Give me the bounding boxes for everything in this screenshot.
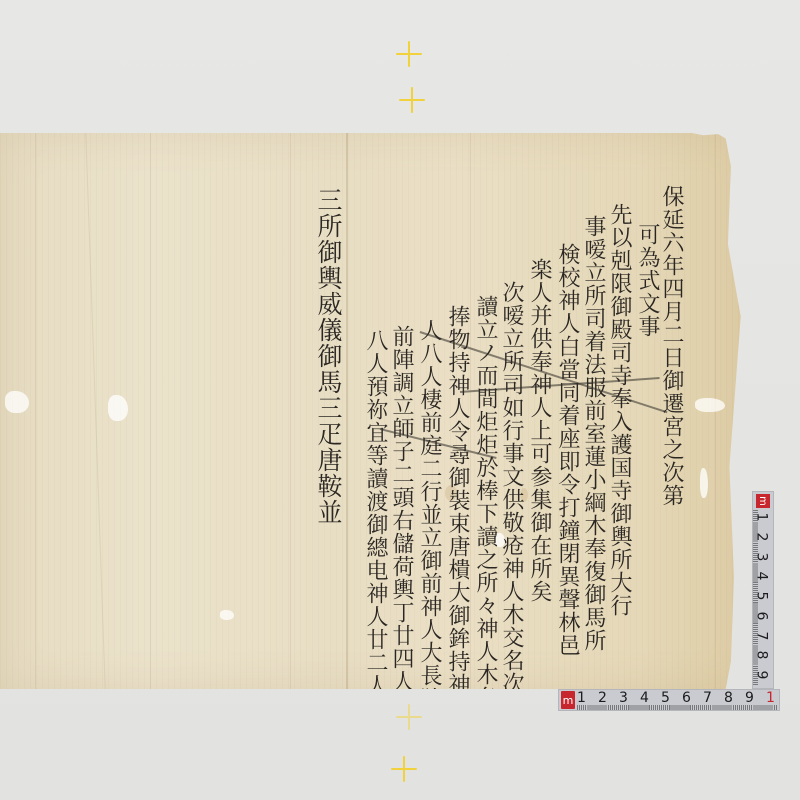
scale-ruler-horizontal: m 1 2 3 4 5 6 7 8 9 1 <box>558 689 780 711</box>
crease <box>470 133 471 689</box>
text-column: 次嗳立所司如行事文供敬疮神人木交名次第 <box>500 281 522 718</box>
crease <box>35 133 36 689</box>
paper-damage <box>700 468 708 498</box>
text-column: 事嗳立所司着法服前室蓮小綱木奉復御馬所 <box>582 215 604 652</box>
text-column: 人八人棲前庭二行並立御前神人大長陣衆木 <box>418 319 440 756</box>
text-column: 八人預祢宜等讀渡御總电神人廿二人分付 <box>364 329 386 743</box>
text-column: 先以剋限御殿司寺奉入護国寺御輿所大行 <box>608 203 630 617</box>
ruler-label: 5 <box>661 690 670 706</box>
ruler-label: 4 <box>640 690 649 706</box>
registration-mark-top-1 <box>396 41 422 67</box>
ruler-ticks <box>753 510 758 686</box>
text-column: 可為式文事 <box>636 223 658 338</box>
crease <box>150 133 151 689</box>
paper-damage <box>108 395 128 421</box>
registration-mark-bottom-1 <box>396 704 422 730</box>
crease <box>85 133 105 689</box>
ruler-label: 1 <box>766 690 775 706</box>
crease <box>290 133 291 689</box>
registration-mark-bottom-2 <box>391 756 417 782</box>
ruler-ticks <box>577 705 777 710</box>
ruler-label: 9 <box>745 690 754 706</box>
text-column: 三所御輿威儀御馬三疋唐鞍並 <box>316 187 341 525</box>
ruler-logo: m <box>756 494 770 508</box>
registration-mark-top-2 <box>399 87 425 113</box>
photo-background: 保延六年四月二日御遷宮之次第 可為式文事 先以剋限御殿司寺奉入護国寺御輿所大行 … <box>0 0 800 800</box>
ruler-logo: m <box>561 691 575 709</box>
text-column: 捧物持神人令尋御裝束唐樻大御鉾持神 <box>446 305 468 696</box>
text-column: 前陣調立師子二頭右儲荷輿丁廿四人三所各 <box>390 325 412 762</box>
text-column: 検校神人白當同着座即令打鐘閉異聲林邑 <box>556 243 578 657</box>
paper-damage <box>695 398 725 412</box>
ruler-label: 1 <box>577 690 586 706</box>
ruler-labels: 1 2 3 4 5 6 7 8 9 1 <box>577 690 779 706</box>
paper-damage <box>5 391 29 413</box>
ruler-label: 6 <box>682 690 691 706</box>
paper-damage <box>220 610 234 620</box>
document-paper: 保延六年四月二日御遷宮之次第 可為式文事 先以剋限御殿司寺奉入護国寺御輿所大行 … <box>0 133 752 689</box>
text-column: 讀立ノ而間炬炬於棒下讀之所々神人木各以集 <box>474 295 496 755</box>
ruler-label: 2 <box>598 690 607 706</box>
text-column: 楽人并供奉神人上可参集御在所矣 <box>528 258 550 603</box>
scale-ruler-vertical: m 1 2 3 4 5 6 7 8 9 <box>752 491 774 689</box>
ruler-label: 3 <box>619 690 628 706</box>
fold-line <box>346 133 348 689</box>
text-column: 保延六年四月二日御遷宮之次第 <box>660 185 682 507</box>
ruler-label: 7 <box>703 690 712 706</box>
ruler-label: 8 <box>724 690 733 706</box>
